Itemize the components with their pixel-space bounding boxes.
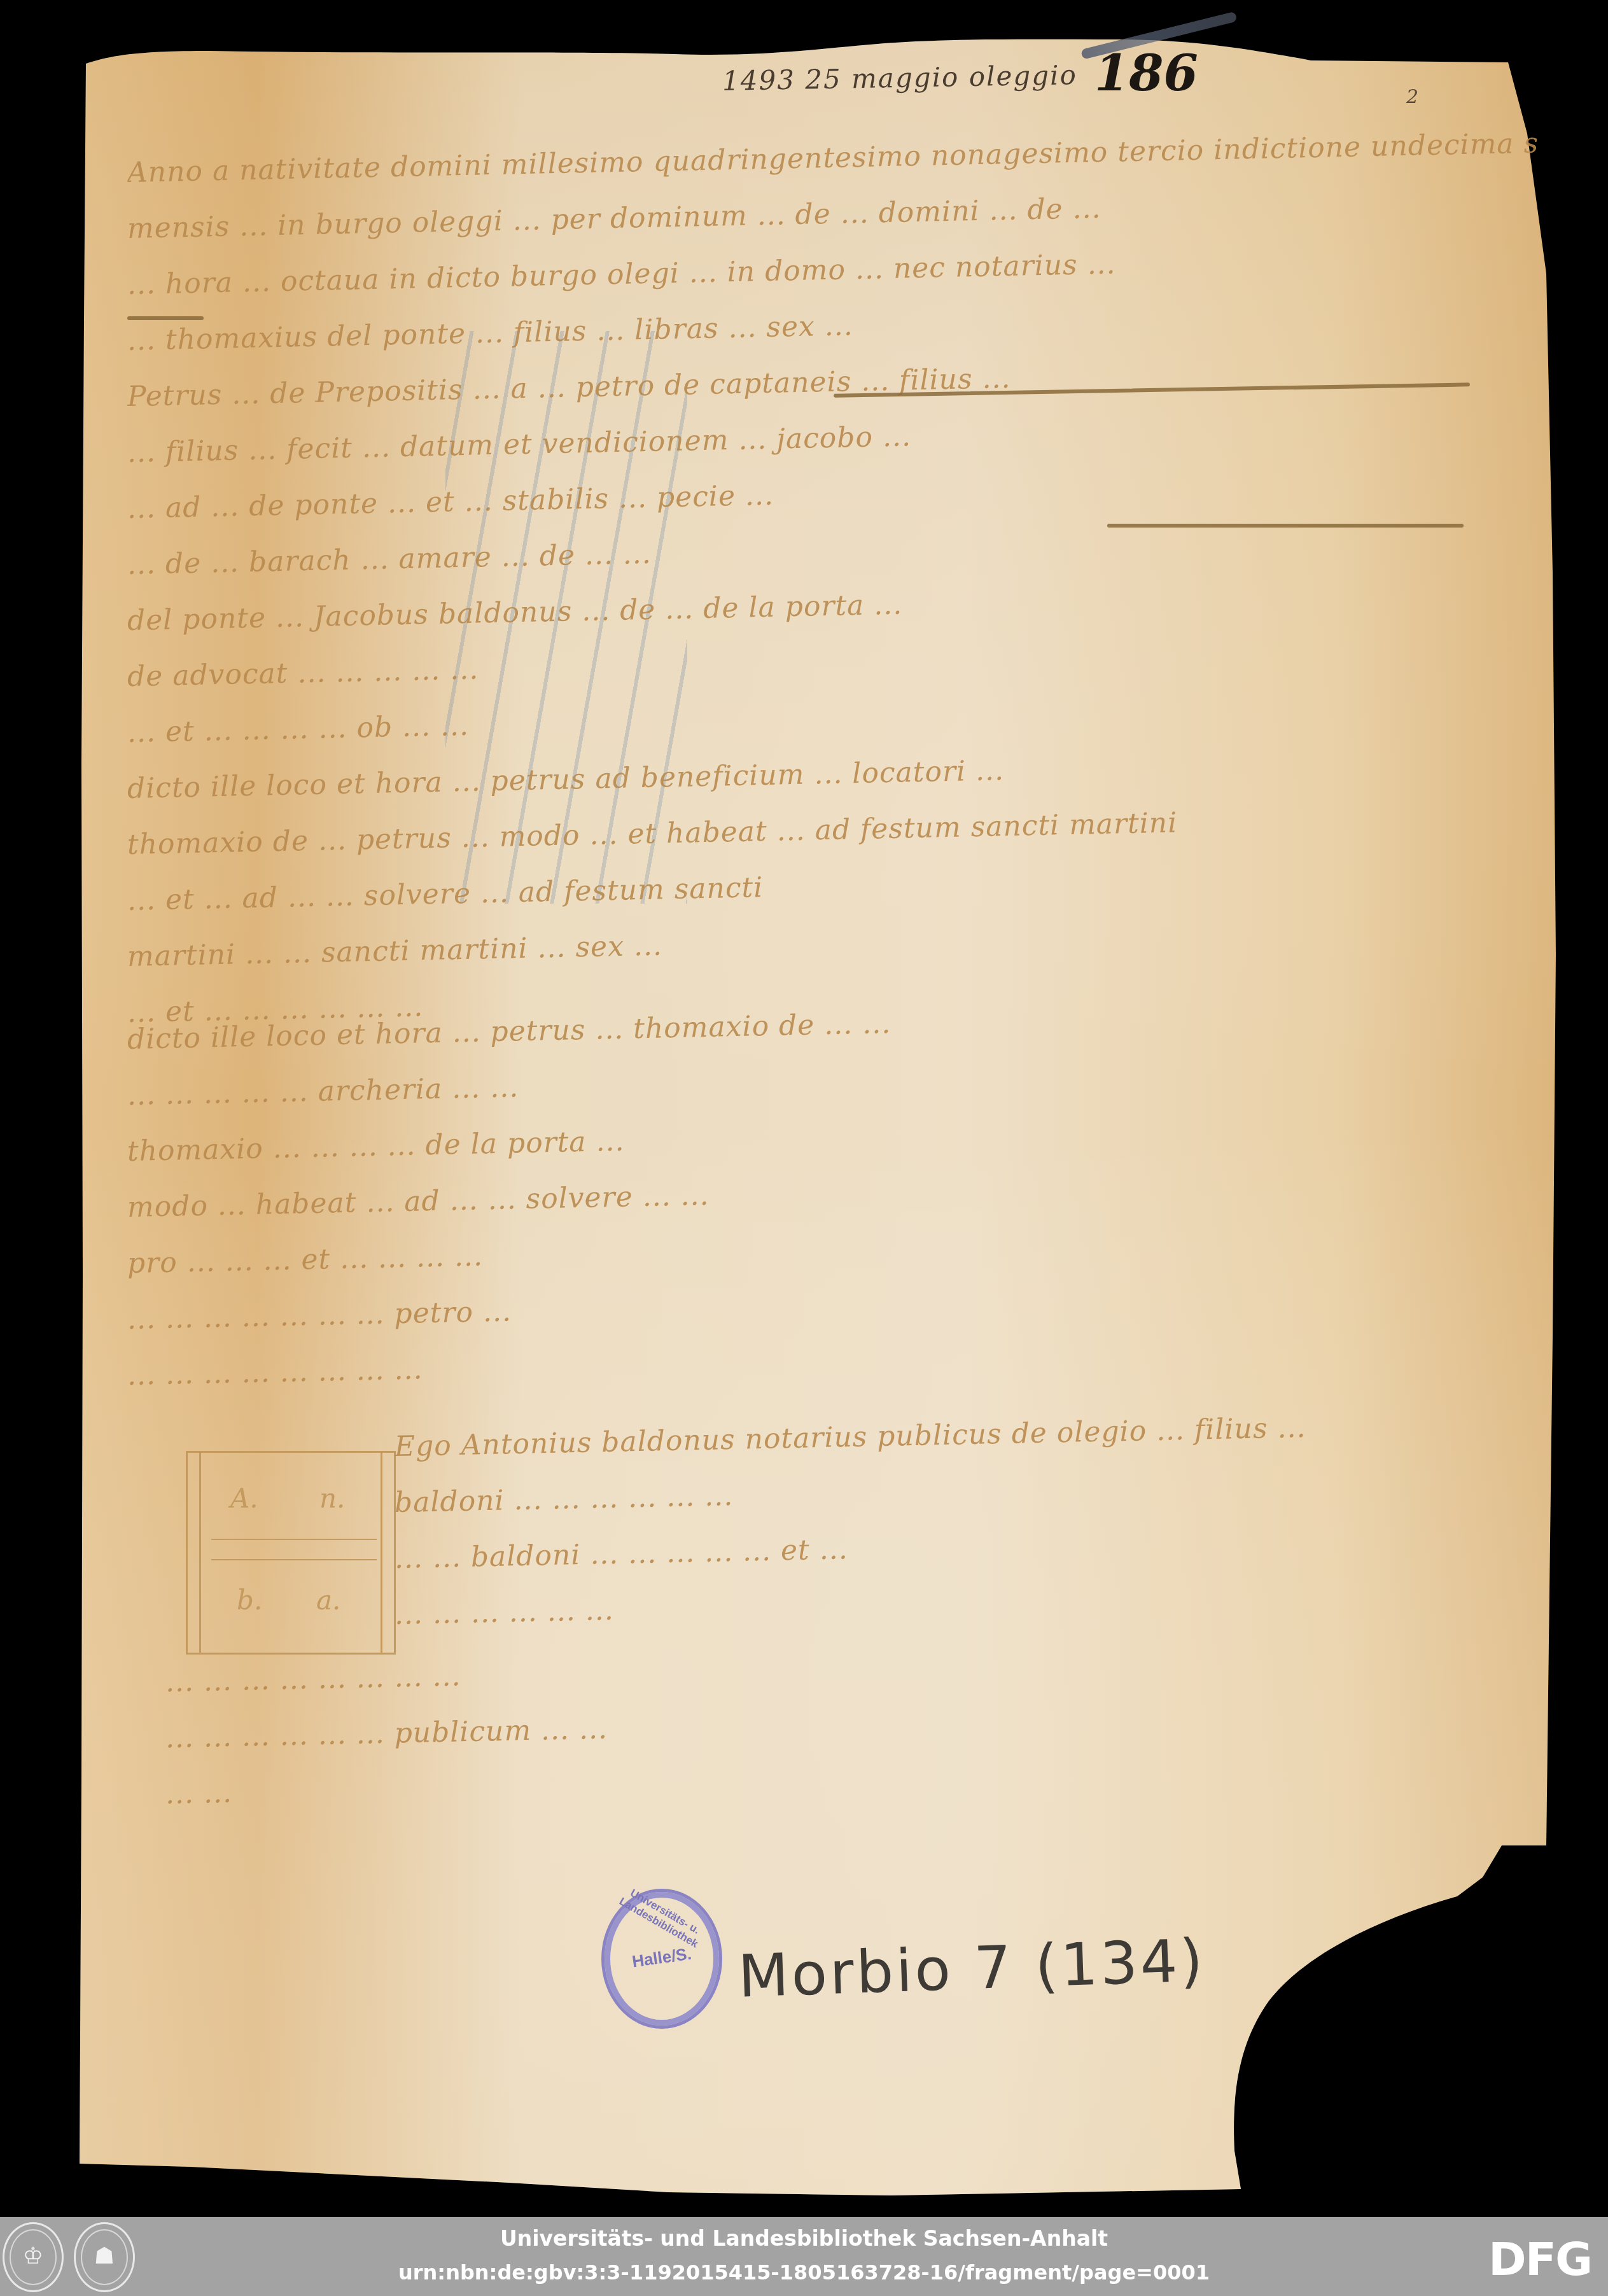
signum-pillar-left [186,1451,201,1655]
signum-letter: b. [237,1585,262,1616]
dfg-logo: DFG [1488,2232,1591,2286]
archive-number: 186 [1094,45,1198,102]
document-viewer: 1493 25 maggio oleggio 186 2 Anno a nati… [0,0,1608,2217]
charter-second-paragraph: dicto ille loco et hora ... petrus ... t… [127,1012,1540,1404]
charter-body-text: Anno a nativitate domini millesimo quadr… [127,145,1540,1041]
library-stamp: Universitäts- u. Landesbibliothek Halle/… [601,1889,722,2029]
date-annotation: 1493 25 maggio oleggio [722,59,1078,97]
stamp-center-text: Halle/S. [604,1940,720,1976]
signum-crossbar [211,1539,377,1560]
folio-mark: 2 [1406,86,1418,108]
notary-subscription: Ego Antonius baldonus notarius publicus … [395,1419,1540,1643]
signum-letter: a. [316,1585,340,1616]
signum-letter: n. [319,1483,345,1514]
ink-underline [127,316,204,320]
institution-name: Universitäts- und Landesbibliothek Sachs… [0,2226,1608,2251]
notary-subscription-continued: ... ... ... ... ... ... ... ... ... ... … [165,1655,1247,1823]
urn-identifier[interactable]: urn:nbn:de:gbv:3:3-1192015415-1805163728… [0,2260,1608,2285]
footer-bar: ♔ ☗ Universitäts- und Landesbibliothek S… [0,2217,1608,2296]
notary-signum: A. n. b. a. [186,1451,396,1655]
ink-underline [1107,524,1464,528]
signum-letter: A. [230,1483,258,1514]
